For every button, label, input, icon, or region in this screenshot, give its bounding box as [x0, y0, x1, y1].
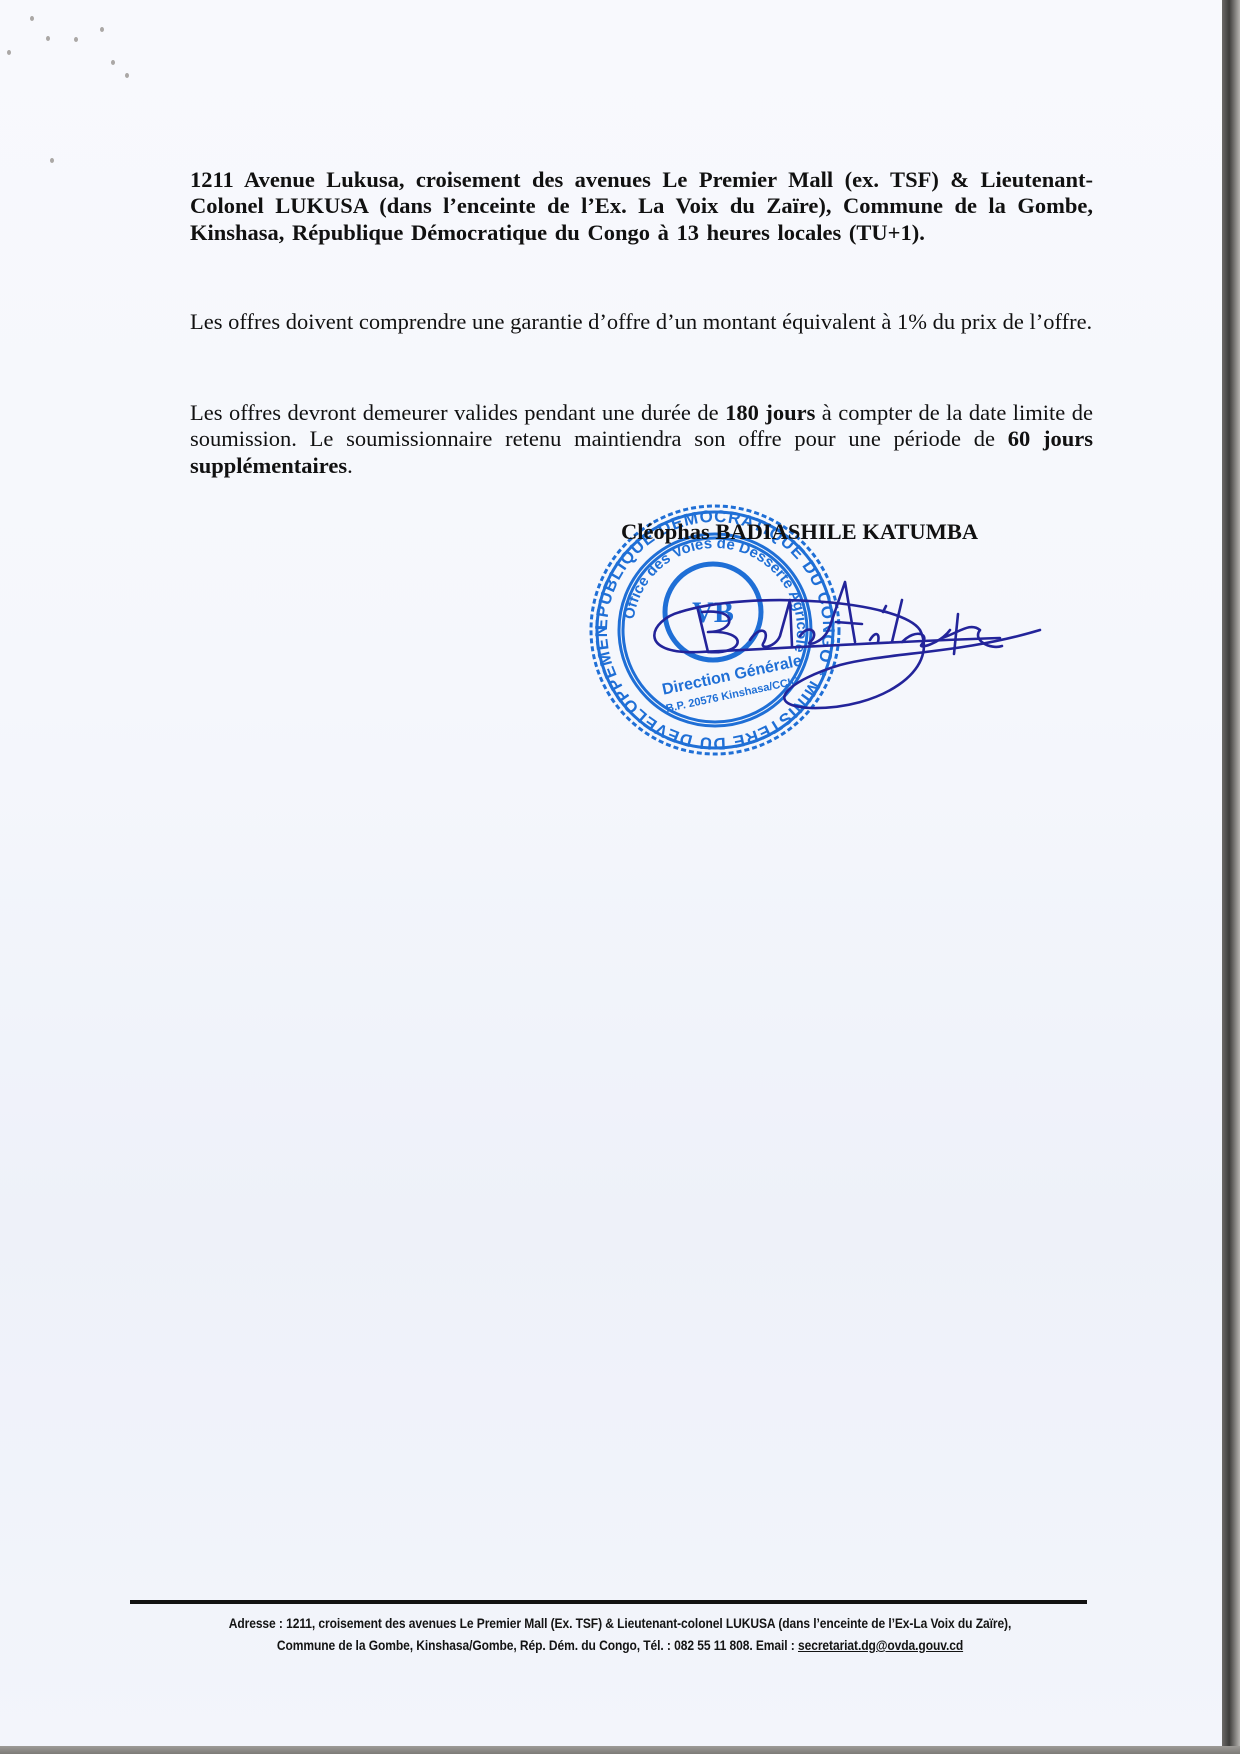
punch-mark [30, 16, 34, 21]
handwritten-signature-icon [640, 570, 1060, 720]
validity-days: 180 jours [725, 400, 815, 425]
signatory-name: Cléophas BADIASHILE KATUMBA [621, 519, 978, 545]
footer-email-link[interactable]: secretariat.dg@ovda.gouv.cd [798, 1637, 963, 1653]
punch-mark [100, 27, 104, 32]
punch-mark [7, 50, 11, 55]
paragraph-address: 1211 Avenue Lukusa, croisement des avenu… [190, 167, 1093, 247]
paragraph-validity: Les offres devront demeurer valides pend… [190, 400, 1093, 480]
scan-edge-right [1222, 0, 1240, 1754]
footer-divider [130, 1600, 1087, 1604]
scan-edge-bottom [0, 1746, 1240, 1754]
punch-mark [50, 158, 54, 163]
punch-mark [74, 37, 78, 42]
document-page: 1211 Avenue Lukusa, croisement des avenu… [0, 0, 1222, 1746]
punch-mark [125, 73, 129, 78]
footer-address-line-1: Adresse : 1211, croisement des avenues L… [190, 1612, 1050, 1634]
paragraph-bid-guarantee: Les offres doivent comprendre une garant… [190, 309, 1093, 336]
footer-address-line-2: Commune de la Gombe, Kinshasa/Gombe, Rép… [190, 1634, 1050, 1656]
punch-mark [46, 36, 50, 41]
punch-mark [111, 60, 115, 65]
